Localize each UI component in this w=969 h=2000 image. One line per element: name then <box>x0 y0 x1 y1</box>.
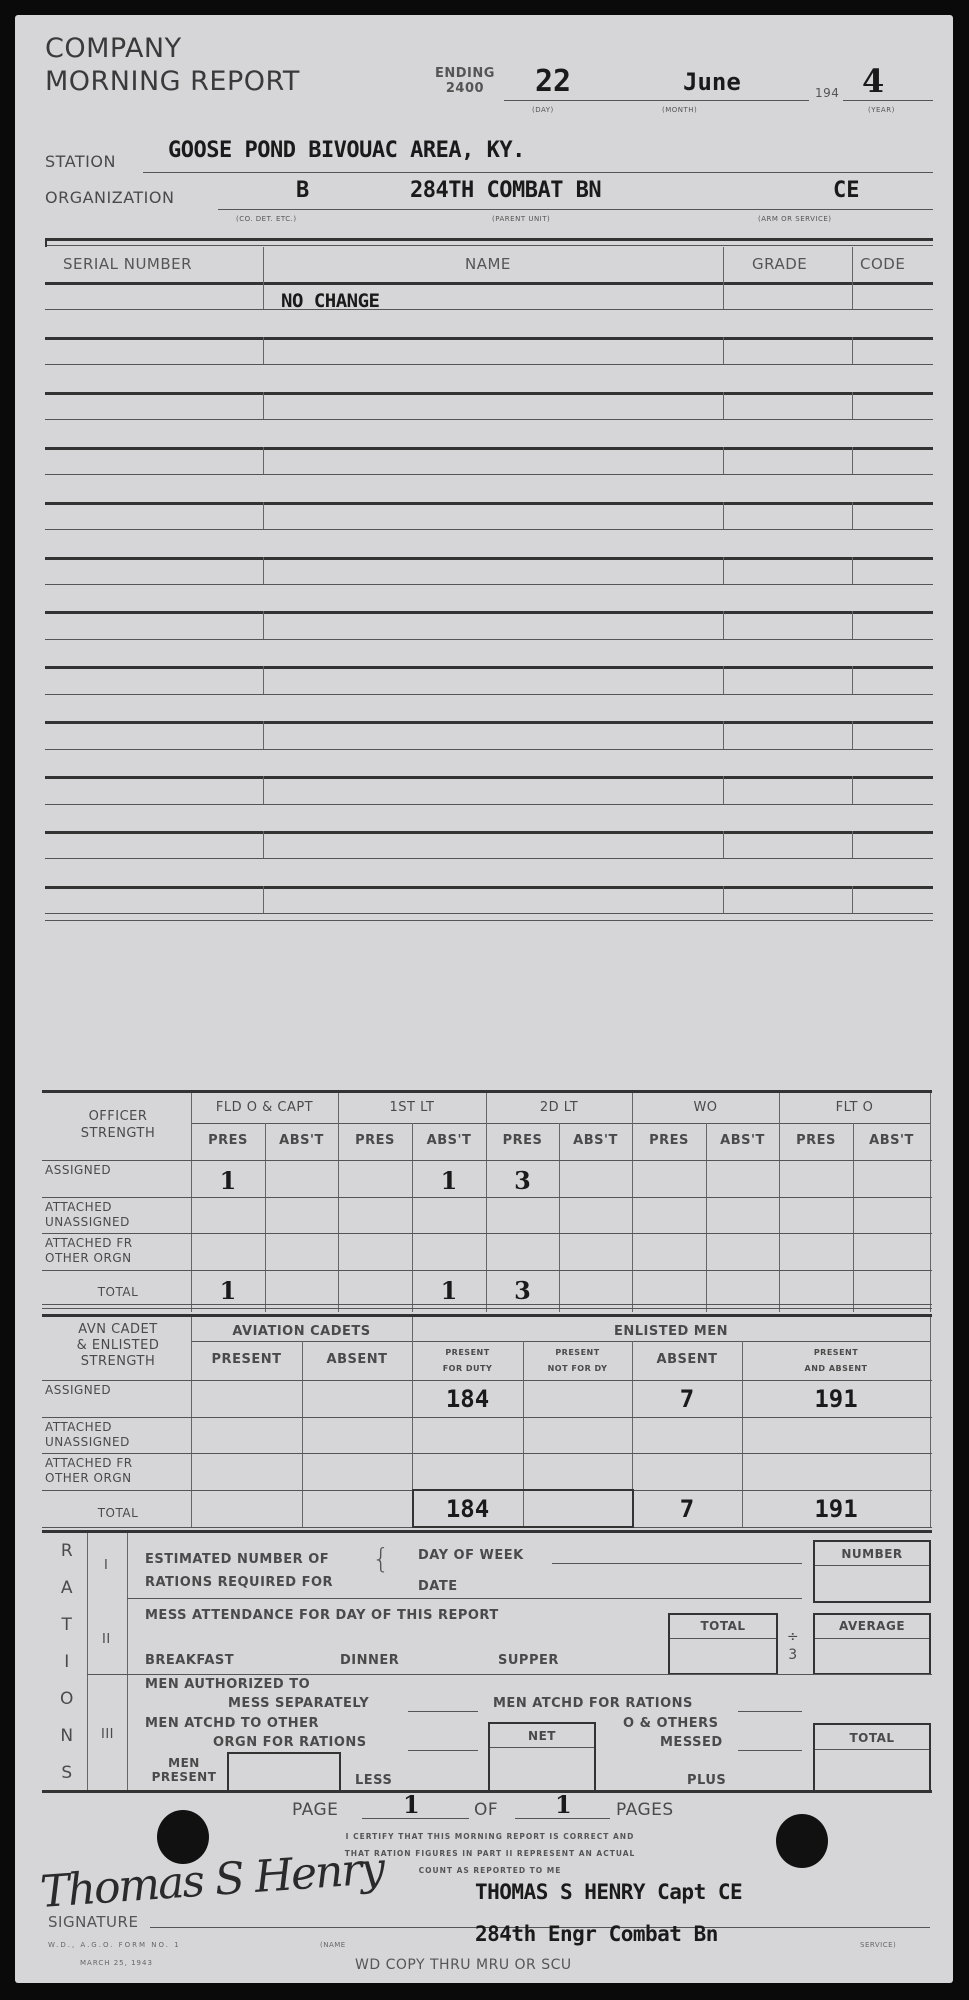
officer-cell[interactable]: 1 <box>191 1166 265 1195</box>
arm-service-caption: (ARM OR SERVICE) <box>758 215 832 223</box>
roster-corner <box>45 238 47 247</box>
roster-row-rule <box>45 858 933 859</box>
cadet-col-1: ABSENT <box>302 1352 412 1367</box>
roster-row-rule <box>45 337 933 340</box>
roster-cell-divider <box>263 611 264 639</box>
roster-cell-divider <box>263 557 264 584</box>
others-line-2: MESSED <box>660 1735 723 1750</box>
row-label-line-1: TOTAL <box>45 1506 191 1521</box>
officer-row-rule <box>42 1197 932 1198</box>
roster-row-rule <box>45 584 933 585</box>
col-code: CODE <box>860 255 905 273</box>
enlisted-col-divider <box>302 1341 303 1527</box>
atchd-other-field[interactable] <box>408 1750 478 1751</box>
officer-subcol-5: ABS'T <box>559 1133 632 1148</box>
net-box[interactable]: NET <box>488 1722 596 1792</box>
officer-title-1: OFFICER <box>45 1108 191 1125</box>
roster-row-rule <box>45 666 933 669</box>
roster-cell-divider <box>263 831 264 858</box>
enlisted-cell[interactable]: 184 <box>412 1495 523 1523</box>
form-number: W.D., A.G.O. FORM NO. 1 <box>48 1941 181 1949</box>
roster-row-rule <box>45 721 933 724</box>
rations-letter: S <box>52 1763 82 1783</box>
officer-row-label: ATTACHEDUNASSIGNED <box>45 1200 130 1230</box>
col-line-1: PRESENT <box>412 1345 523 1361</box>
company-caption: (CO. DET. ETC.) <box>236 215 297 223</box>
row-label-line-2: UNASSIGNED <box>45 1215 130 1230</box>
officer-row-label: ASSIGNED <box>45 1163 111 1178</box>
row-label-line-1: ASSIGNED <box>45 1383 111 1398</box>
enlisted-col-divider <box>930 1317 931 1527</box>
dinner-label: DINNER <box>340 1653 399 1668</box>
part-1-line-1: ESTIMATED NUMBER OF <box>145 1548 333 1571</box>
month-caption: (MONTH) <box>662 106 697 114</box>
roster-row-rule <box>45 749 933 750</box>
officer-subcol-0: PRES <box>191 1133 265 1148</box>
pages-label: PAGES <box>616 1800 674 1820</box>
officer-subcol-1: ABS'T <box>265 1133 338 1148</box>
day-of-week-field[interactable] <box>552 1563 802 1564</box>
enlisted-row-label: ATTACHED FROTHER ORGN <box>45 1456 133 1486</box>
rations-total-box[interactable]: TOTAL <box>813 1723 931 1792</box>
roster-header-divider <box>263 247 264 283</box>
row-label-line-1: ATTACHED FR <box>45 1456 133 1471</box>
enlisted-col-2: ABSENT <box>632 1352 742 1367</box>
roster-cell-divider <box>852 886 853 913</box>
roster-row-rule <box>45 282 933 285</box>
enlisted-cell[interactable]: 191 <box>742 1385 930 1413</box>
report-year-digit: 4 <box>862 62 884 100</box>
roster-row-rule <box>45 474 933 475</box>
page-number: 1 <box>403 1790 420 1819</box>
roster-cell-divider <box>723 611 724 639</box>
name-caption: (NAME <box>320 1941 346 1949</box>
enlisted-row-label: ATTACHEDUNASSIGNED <box>45 1420 130 1450</box>
day-caption: (DAY) <box>532 106 554 114</box>
rations-bottom-rule <box>42 1790 932 1793</box>
ration-number-box[interactable]: NUMBER <box>813 1540 931 1603</box>
others-messed-field[interactable] <box>738 1750 802 1751</box>
roster-header-divider <box>723 247 724 283</box>
roster-cell-divider <box>263 721 264 749</box>
col-line-2: FOR DUTY <box>412 1361 523 1377</box>
enlisted-strength-title: AVN CADET & ENLISTED STRENGTH <box>45 1322 191 1370</box>
roster-row-rule <box>45 502 933 505</box>
form-title-line2: MORNING REPORT <box>45 65 300 98</box>
service-caption: SERVICE) <box>860 1941 896 1949</box>
organization-parent-unit: 284TH COMBAT BN <box>410 178 601 203</box>
roster-cell-divider <box>263 447 264 474</box>
rations-letter: R <box>52 1541 82 1561</box>
organization-underline <box>218 209 933 210</box>
enlisted-col-0: PRESENTFOR DUTY <box>412 1345 523 1377</box>
part-1-bottom-rule <box>127 1598 802 1599</box>
enlisted-row-rule <box>42 1417 932 1418</box>
officer-subcol-4: PRES <box>486 1133 559 1148</box>
signature-label: SIGNATURE <box>48 1913 138 1931</box>
roster-cell-divider <box>852 721 853 749</box>
atchd-rations-label: MEN ATCHD FOR RATIONS <box>493 1696 693 1711</box>
row-label-line-2: OTHER ORGN <box>45 1251 133 1266</box>
roster-cell-divider <box>263 776 264 804</box>
roster-cell-divider <box>263 337 264 364</box>
cadet-col-0: PRESENT <box>191 1352 302 1367</box>
officer-group-4: FLT O <box>779 1100 930 1115</box>
col-line-2: NOT FOR DY <box>523 1361 632 1377</box>
part-1-label: ESTIMATED NUMBER OF RATIONS REQUIRED FOR <box>145 1548 333 1594</box>
roster-row-rule <box>45 694 933 695</box>
officer-subcol-9: ABS'T <box>853 1133 930 1148</box>
enlisted-title-2: & ENLISTED <box>45 1338 191 1354</box>
officer-subcol-3: ABS'T <box>412 1133 486 1148</box>
officer-group-0: FLD O & CAPT <box>191 1100 338 1115</box>
row-label-line-1: TOTAL <box>45 1285 191 1300</box>
mess-attendance-title: MESS ATTENDANCE FOR DAY OF THIS REPORT <box>145 1608 499 1623</box>
enlisted-title-1: AVN CADET <box>45 1322 191 1338</box>
station-label: STATION <box>45 152 116 171</box>
row-label-line-1: ASSIGNED <box>45 1163 111 1178</box>
officer-cell[interactable]: 1 <box>191 1276 265 1305</box>
roster-row-rule <box>45 639 933 640</box>
supper-label: SUPPER <box>498 1653 559 1668</box>
mess-separately-field[interactable] <box>408 1711 478 1712</box>
ending-text: ENDING <box>435 66 495 81</box>
year-caption: (YEAR) <box>868 106 895 114</box>
roster-cell-divider <box>852 282 853 309</box>
officer-subcol-8: PRES <box>779 1133 853 1148</box>
divide-by-three: ÷ 3 <box>782 1628 804 1664</box>
rations-left-divider <box>87 1533 88 1791</box>
atchd-rations-field[interactable] <box>738 1711 802 1712</box>
officer-cell[interactable]: 3 <box>486 1166 559 1195</box>
officer-row-rule <box>42 1308 932 1309</box>
col-line-1: PRESENT <box>523 1345 632 1361</box>
rations-letter: I <box>52 1652 82 1672</box>
roster-cell-divider <box>852 502 853 529</box>
plus-label: PLUS <box>687 1773 726 1788</box>
enlisted-men-label: ENLISTED MEN <box>412 1324 930 1339</box>
officer-subcol-6: PRES <box>632 1133 706 1148</box>
officer-row-rule <box>42 1160 932 1161</box>
page-label: PAGE <box>292 1800 338 1820</box>
officer-row-label: ATTACHED FROTHER ORGN <box>45 1236 133 1266</box>
roster-row-rule <box>45 886 933 889</box>
enlisted-cell[interactable]: 184 <box>412 1385 523 1413</box>
atchd-other-line-2: ORGN FOR RATIONS <box>213 1735 367 1750</box>
col-serial-number: SERIAL NUMBER <box>63 255 192 273</box>
organization-label: ORGANIZATION <box>45 188 174 207</box>
roster-cell-divider <box>852 776 853 804</box>
date-underline <box>504 100 809 101</box>
form-title-line1: COMPANY <box>45 32 300 65</box>
others-line-1: O & OTHERS <box>623 1716 719 1731</box>
officer-row-rule <box>42 1270 932 1271</box>
copy-note: WD COPY THRU MRU OR SCU <box>355 1957 572 1973</box>
part-2-numeral: II <box>102 1632 111 1647</box>
rations-letter: T <box>52 1615 82 1635</box>
year-underline <box>843 100 933 101</box>
roster-top-rule <box>45 238 933 241</box>
row-label-line-1: ATTACHED FR <box>45 1236 133 1251</box>
officer-col-divider <box>779 1093 780 1312</box>
roster-cell-divider <box>852 666 853 694</box>
col-line-1: PRESENT <box>742 1345 930 1361</box>
mess-total-label: TOTAL <box>670 1615 776 1639</box>
roster-cell-divider <box>263 282 264 309</box>
men-present-line-1: MEN <box>148 1756 220 1770</box>
binder-hole-right-icon <box>776 1814 828 1868</box>
report-day: 22 <box>535 64 571 99</box>
roster-header-divider <box>852 247 853 283</box>
enlisted-row-label: ASSIGNED <box>45 1383 111 1398</box>
atchd-other-line-1: MEN ATCHD TO OTHER <box>145 1716 319 1731</box>
organization-arm-service: CE <box>833 178 860 203</box>
roster-cell-divider <box>852 831 853 858</box>
authorized-line-2: MESS SEPARATELY <box>228 1696 369 1711</box>
net-label: NET <box>490 1724 594 1748</box>
roster-cell-divider <box>263 886 264 913</box>
row-label-line-1: ATTACHED <box>45 1420 130 1435</box>
col-line-2: AND ABSENT <box>742 1361 930 1377</box>
certify-line-1: I CERTIFY THAT THIS MORNING REPORT IS CO… <box>260 1828 720 1845</box>
report-month: June <box>683 68 741 96</box>
enlisted-row-rule <box>42 1453 932 1454</box>
roster-bottom-rule <box>45 920 933 921</box>
part-3-numeral: III <box>101 1727 114 1742</box>
enlisted-title-3: STRENGTH <box>45 1354 191 1370</box>
officer-col-divider <box>265 1123 266 1312</box>
part-1-line-2: RATIONS REQUIRED FOR <box>145 1571 333 1594</box>
form-date: MARCH 25, 1943 <box>80 1959 153 1967</box>
roster-cell-divider <box>852 557 853 584</box>
station-value: GOOSE POND BIVOUAC AREA, KY. <box>168 138 525 163</box>
enlisted-col-3: PRESENTAND ABSENT <box>742 1345 930 1377</box>
page-total: 1 <box>555 1790 572 1819</box>
enlisted-top-rule <box>42 1314 932 1317</box>
ending-label: ENDING 2400 <box>435 66 495 96</box>
roster-row-rule <box>45 831 933 834</box>
enlisted-col-divider <box>191 1317 192 1527</box>
roster-row-rule <box>45 447 933 450</box>
parent-unit-caption: (PARENT UNIT) <box>492 215 550 223</box>
ending-time: 2400 <box>435 81 495 96</box>
officer-row-label: TOTAL <box>45 1285 191 1300</box>
officer-strength-title: OFFICER STRENGTH <box>45 1108 191 1142</box>
station-underline <box>143 172 933 173</box>
signer-name: THOMAS S HENRY Capt CE <box>475 1880 742 1904</box>
enlisted-cell[interactable]: 191 <box>742 1495 930 1523</box>
officer-group-1: 1ST LT <box>338 1100 486 1115</box>
roster-cell-divider <box>263 666 264 694</box>
roster-row-rule <box>45 419 933 420</box>
organization-company: B <box>296 178 309 203</box>
enlisted-cell[interactable]: 7 <box>632 1495 742 1523</box>
men-present-label: MEN PRESENT <box>148 1756 220 1784</box>
officer-col-divider <box>706 1123 707 1312</box>
col-name: NAME <box>465 255 511 273</box>
brace-icon: { <box>372 1542 390 1575</box>
roster-row-rule <box>45 309 933 310</box>
officer-group-2: 2D LT <box>486 1100 632 1115</box>
roster-cell-divider <box>723 447 724 474</box>
roster-cell-divider <box>723 337 724 364</box>
row-label-line-2: OTHER ORGN <box>45 1471 133 1486</box>
rations-total-label: TOTAL <box>815 1725 929 1750</box>
mess-average-label: AVERAGE <box>815 1615 929 1639</box>
enlisted-cell[interactable]: 7 <box>632 1385 742 1413</box>
signer-unit: 284th Engr Combat Bn <box>475 1922 718 1946</box>
roster-cell-divider <box>263 502 264 529</box>
men-present-line-2: PRESENT <box>148 1770 220 1784</box>
row-label-line-2: UNASSIGNED <box>45 1435 130 1450</box>
officer-row-rule <box>42 1233 932 1234</box>
rations-letter: O <box>52 1689 82 1709</box>
roster-row-rule <box>45 392 933 395</box>
enlisted-row-rule <box>42 1380 932 1381</box>
roster-cell-divider <box>723 502 724 529</box>
officer-group-rule <box>191 1123 930 1124</box>
roster-cell-divider <box>852 337 853 364</box>
officer-cell[interactable]: 1 <box>412 1276 486 1305</box>
roster-cell-divider <box>852 447 853 474</box>
roster-cell-divider <box>852 611 853 639</box>
day-of-week-label: DAY OF WEEK <box>418 1548 524 1563</box>
roster-cell-divider <box>723 721 724 749</box>
ration-number-label: NUMBER <box>815 1542 929 1566</box>
officer-col-divider <box>930 1093 931 1312</box>
mess-average-box[interactable]: AVERAGE <box>813 1613 931 1675</box>
roster-row-rule <box>45 913 933 914</box>
less-label: LESS <box>355 1773 392 1788</box>
roster-row-rule <box>45 611 933 614</box>
rations-top-rule <box>42 1530 932 1533</box>
of-label: OF <box>474 1800 498 1820</box>
roster-cell-divider <box>723 886 724 913</box>
authorized-line-1: MEN AUTHORIZED TO <box>145 1677 310 1692</box>
mess-total-box[interactable]: TOTAL <box>668 1613 778 1675</box>
form-title: COMPANY MORNING REPORT <box>45 32 300 98</box>
roster-cell-divider <box>723 282 724 309</box>
roster-cell-divider <box>723 392 724 419</box>
col-grade: GRADE <box>752 255 807 273</box>
roster-cell-divider <box>723 666 724 694</box>
officer-cell[interactable]: 1 <box>412 1166 486 1195</box>
year-prefix: 194 <box>815 86 839 100</box>
rations-letter: A <box>52 1578 82 1598</box>
roster-cell-divider <box>723 776 724 804</box>
breakfast-label: BREAKFAST <box>145 1653 234 1668</box>
officer-col-divider <box>559 1123 560 1312</box>
officer-col-divider <box>853 1123 854 1312</box>
divide-icon: ÷ <box>782 1628 804 1646</box>
rations-numeral-divider <box>127 1533 128 1791</box>
officer-top-rule <box>42 1090 932 1093</box>
roster-row-rule <box>45 776 933 779</box>
enlisted-col-1: PRESENTNOT FOR DY <box>523 1345 632 1377</box>
roster-cell-divider <box>723 831 724 858</box>
roster-top-rule-2 <box>45 245 933 246</box>
officer-group-3: WO <box>632 1100 779 1115</box>
part-1-numeral: I <box>104 1558 108 1573</box>
roster-cell-divider <box>852 392 853 419</box>
part-2-bottom-rule <box>87 1674 932 1675</box>
roster-row-rule <box>45 364 933 365</box>
roster-cell-divider <box>723 557 724 584</box>
officer-title-2: STRENGTH <box>45 1125 191 1142</box>
rations-letter: N <box>52 1726 82 1746</box>
roster-row-rule <box>45 804 933 805</box>
officer-subcol-7: ABS'T <box>706 1133 779 1148</box>
date-label: DATE <box>418 1579 458 1594</box>
officer-col-divider <box>338 1093 339 1312</box>
aviation-cadets-label: AVIATION CADETS <box>191 1324 412 1339</box>
divisor-value: 3 <box>782 1646 804 1664</box>
officer-col-divider <box>632 1093 633 1312</box>
roster-row-rule <box>45 557 933 560</box>
officer-cell[interactable]: 3 <box>486 1276 559 1305</box>
officer-subcol-2: PRES <box>338 1133 412 1148</box>
men-present-box[interactable] <box>227 1752 341 1792</box>
roster-cell-divider <box>263 392 264 419</box>
row-label-line-1: ATTACHED <box>45 1200 130 1215</box>
roster-row-rule <box>45 529 933 530</box>
enlisted-row-label: TOTAL <box>45 1506 191 1521</box>
